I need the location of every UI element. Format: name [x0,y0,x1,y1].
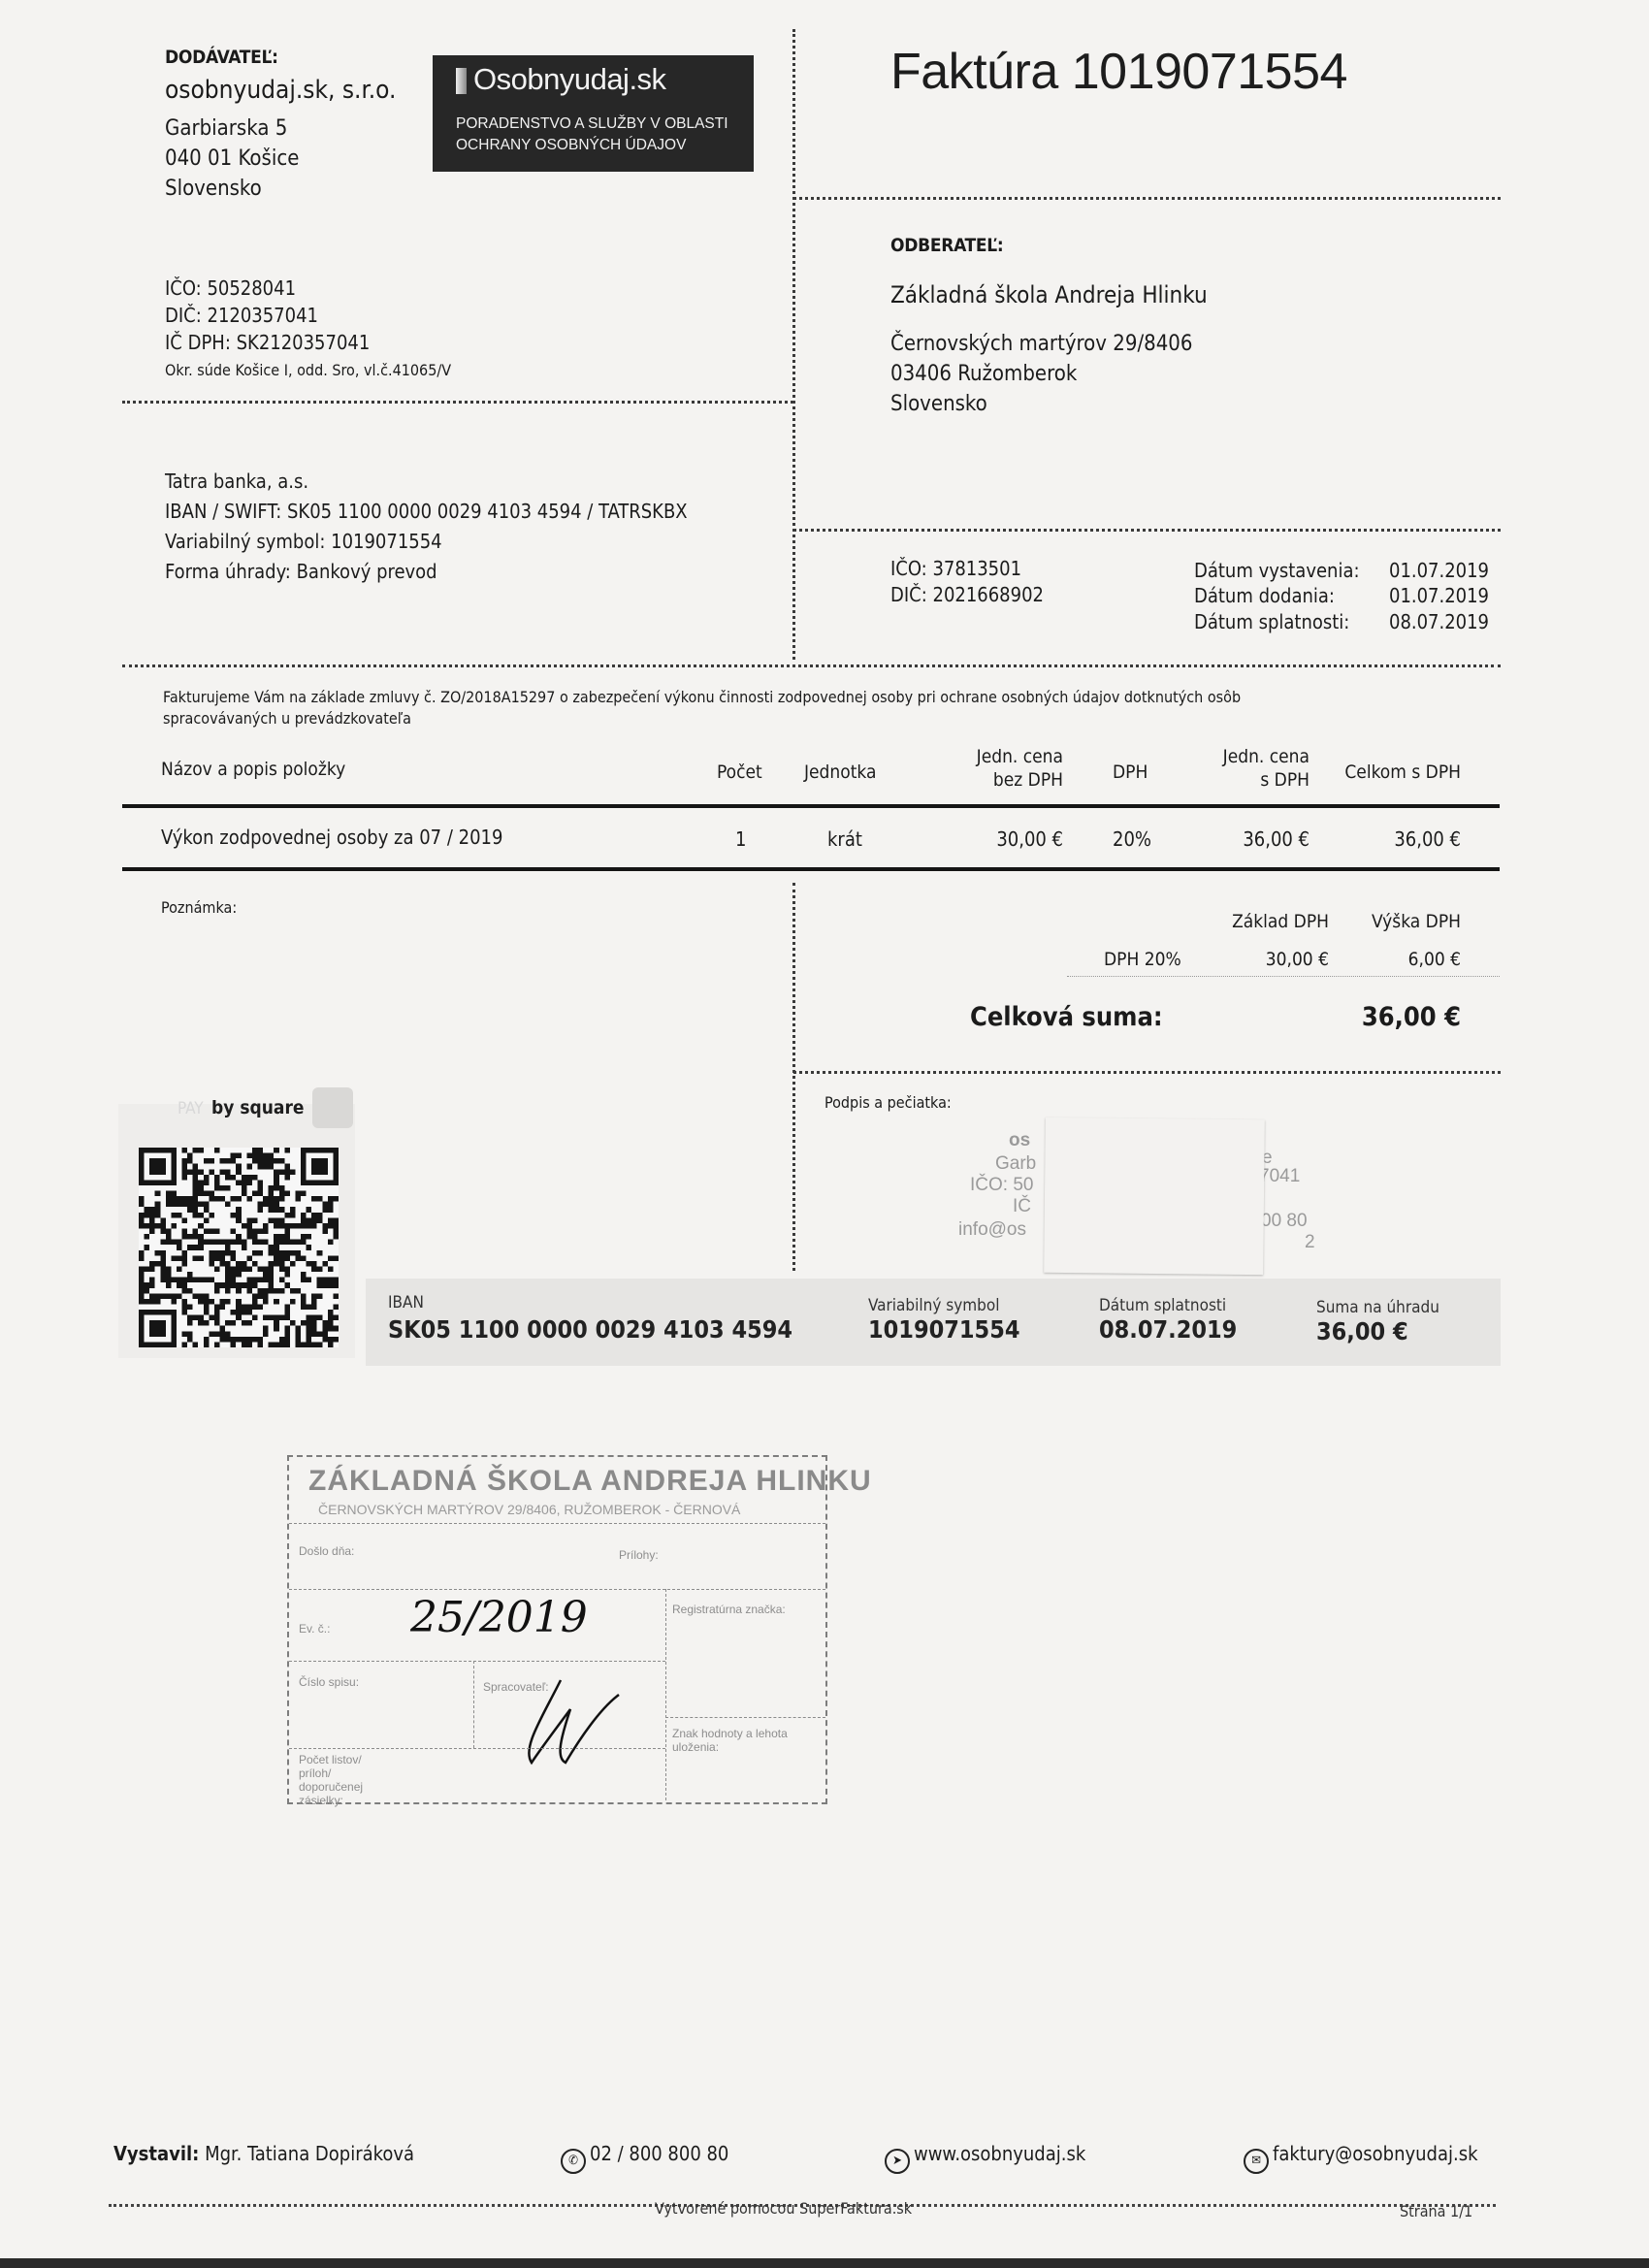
divider [122,664,1501,667]
vat-amount: 6,00 € [1319,949,1461,970]
seal-fragment: 7041 [1259,1166,1300,1187]
supplier-register: Okr. súde Košice I, odd. Sro, vl.č.41065… [165,361,451,379]
email-link[interactable]: faktury@osobnyudaj.sk [1273,2142,1478,2165]
col-header-unit-price: Jedn. cena bez DPH [931,745,1063,792]
col-header-vat: DPH [1113,761,1148,784]
row-total: 36,00 € [1300,827,1461,851]
row-qty: 1 [735,827,746,851]
supplier-name: osobnyudaj.sk, s.r.o. [165,76,396,105]
supplier-ico: IČO: 50528041 [165,276,296,300]
stamp-rule [473,1661,474,1748]
table-header-rule [122,804,1500,808]
total-label: Celková suma: [970,1002,1163,1032]
logo-brand: Osobnyudaj.sk [473,62,666,97]
supplier-city: 040 01 Košice [165,146,299,171]
envelope-icon: ✉ [1244,2149,1269,2174]
date-value: 01.07.2019 [1389,559,1489,582]
seal-fragment: 00 80 [1261,1211,1308,1232]
stamp-rule [289,1523,825,1524]
col-header-name: Názov a popis položky [161,758,345,781]
phone-icon: ✆ [561,2149,586,2174]
seal-fragment: Garb [995,1153,1036,1175]
supplier-country: Slovensko [165,177,262,201]
date-label: Dátum dodania: [1194,584,1335,607]
date-label: Dátum vystavenia: [1194,559,1360,582]
stamp-fileno-label: Číslo spisu: [299,1675,359,1689]
pay-iban-label: IBAN [388,1293,424,1312]
vat-base: 30,00 € [1183,949,1329,970]
stamp-rule [289,1589,825,1590]
divider [793,529,1501,532]
pay-iban-value: SK05 1100 0000 0029 4103 4594 [388,1315,792,1344]
processor-signature [502,1670,638,1777]
row-name: Výkon zodpovednej osoby za 07 / 2019 [161,826,502,849]
stamp-registry-mark-label: Registratúrna značka: [672,1603,818,1616]
issued-by: Mgr. Tatiana Dopiráková [205,2142,414,2165]
seal-fragment: info@os [958,1219,1026,1241]
pay-amount-value: 36,00 € [1316,1317,1408,1345]
col-header-unit-price-line1: Jedn. cena [931,745,1063,768]
row-unit-price-vat: 36,00 € [1174,827,1309,851]
intro-text-line-2: spracovávaných u prevádzkovateľa [163,709,411,728]
total-value: 36,00 € [1261,1002,1461,1032]
col-header-unit-price-vat: Jedn. cena s DPH [1174,745,1309,792]
logo-tagline-2: OCHRANY OSOBNÝCH ÚDAJOV [456,135,686,156]
table-bottom-rule [122,867,1500,871]
vat-rate: DPH 20% [1104,949,1181,970]
supplier-dic: DIČ: 2120357041 [165,304,318,327]
col-header-unit-price-line2: bez DPH [931,768,1063,792]
invoice-title: Faktúra 1019071554 [890,43,1347,101]
web-link[interactable]: www.osobnyudaj.sk [914,2142,1085,2165]
col-header-unit-price-vat-line2: s DPH [1174,768,1309,792]
intro-text-line-1: Fakturujeme Vám na základe zmluvy č. ZO/… [163,688,1241,706]
pay-vs-label: Variabilný symbol [868,1296,999,1315]
stamp-school: ZÁKLADNÁ ŠKOLA ANDREJA HLINKU [308,1465,872,1498]
stamp-delivery-label: Počet listov/ príloh/ doporučenej zásiel… [299,1753,396,1807]
footer-issued: Vystavil: Mgr. Tatiana Dopiráková [113,2142,414,2165]
divider [122,401,793,404]
signature-label: Podpis a pečiatka: [824,1093,952,1112]
vat-summary-rule [1067,976,1500,977]
customer-city: 03406 Ružomberok [890,362,1077,386]
pay-due-label: Dátum splatnosti [1099,1296,1226,1315]
row-unit-price: 30,00 € [931,827,1063,851]
seal-fragment: IČ [1013,1196,1031,1217]
column-divider [792,29,795,660]
column-divider [792,883,795,1271]
col-header-unit-price-vat-line1: Jedn. cena [1174,745,1309,768]
pay-logo-faint: PAY [178,1099,204,1118]
bank-variable-symbol: Variabilný symbol: 1019071554 [165,530,442,553]
customer-name: Základná škola Andreja Hlinku [890,281,1208,308]
customer-street: Černovských martýrov 29/8406 [890,332,1193,356]
seal-fragment: IČO: 50 [970,1175,1033,1196]
row-vat: 20% [1113,827,1151,851]
divider [793,197,1501,200]
vat-header-base: Základ DPH [1183,911,1329,932]
date-label: Dátum splatnosti: [1194,610,1349,633]
stamp-rule [665,1589,666,1800]
paper-patch [1044,1118,1265,1275]
scan-edge [0,2258,1649,2268]
bank-name: Tatra banka, a.s. [165,470,308,493]
bank-iban-swift: IBAN / SWIFT: SK05 1100 0000 0029 4103 4… [165,500,688,523]
stamp-evno-handwritten: 25/2019 [410,1593,588,1642]
bank-payment-method: Forma úhrady: Bankový prevod [165,560,437,583]
supplier-heading: DODÁVATEĽ: [165,47,278,68]
date-value: 08.07.2019 [1389,610,1489,633]
col-header-unit: Jednotka [804,761,876,784]
customer-heading: ODBERATEĽ: [890,235,1003,256]
footer-phone: ✆02 / 800 800 80 [561,2142,728,2174]
seal-fragment: 2 [1305,1232,1315,1253]
cursor-icon: ➤ [885,2149,910,2174]
stamp-rule [289,1748,665,1749]
stamp-received-label: Došlo dňa: [299,1544,354,1558]
vat-header-amount: Výška DPH [1319,911,1461,932]
company-logo: Osobnyudaj.sk PORADENSTVO A SLUŽBY V OBL… [433,55,754,172]
supplier-icdph: IČ DPH: SK2120357041 [165,331,370,354]
date-value: 01.07.2019 [1389,584,1489,607]
footer-page-number: Strana 1/1 [1400,2202,1472,2220]
stamp-rule [665,1717,825,1718]
row-unit: krát [827,827,862,851]
stamp-evno-label: Ev. č.: [299,1622,330,1636]
footer-web[interactable]: ➤www.osobnyudaj.sk [885,2142,1085,2174]
footer-generator: Vytvorené pomocou SuperFaktura.sk [655,2199,912,2218]
stamp-retention-label: Znak hodnoty a lehota uloženia: [672,1727,818,1754]
note-label: Poznámka: [161,898,237,917]
col-header-qty: Počet [717,761,762,784]
stamp-rule [289,1661,665,1662]
logo-mark-icon [456,68,467,94]
pay-due-value: 08.07.2019 [1099,1315,1237,1344]
footer-email[interactable]: ✉faktury@osobnyudaj.sk [1244,2142,1478,2174]
pay-by-square-icon [312,1087,353,1128]
pay-amount-label: Suma na úhradu [1316,1298,1439,1317]
col-header-total: Celkom s DPH [1300,761,1461,784]
customer-country: Slovensko [890,392,987,416]
stamp-address: ČERNOVSKÝCH MARTÝROV 29/8406, RUŽOMBEROK… [318,1502,740,1517]
supplier-street: Garbiarska 5 [165,116,287,141]
pay-vs-value: 1019071554 [868,1315,1020,1344]
qr-code [139,1148,339,1347]
registry-stamp: ZÁKLADNÁ ŠKOLA ANDREJA HLINKU ČERNOVSKÝC… [287,1455,827,1804]
divider [793,1071,1501,1074]
logo-tagline-1: PORADENSTVO A SLUŽBY V OBLASTI [456,113,728,135]
pay-by-square-logo: by square [211,1097,304,1118]
issued-label: Vystavil: [113,2142,199,2165]
seal-fragment: os [1009,1130,1030,1151]
phone-text: 02 / 800 800 80 [590,2142,728,2165]
customer-dic: DIČ: 2021668902 [890,583,1044,606]
customer-ico: IČO: 37813501 [890,557,1021,580]
stamp-attachments-label: Prílohy: [619,1548,659,1562]
